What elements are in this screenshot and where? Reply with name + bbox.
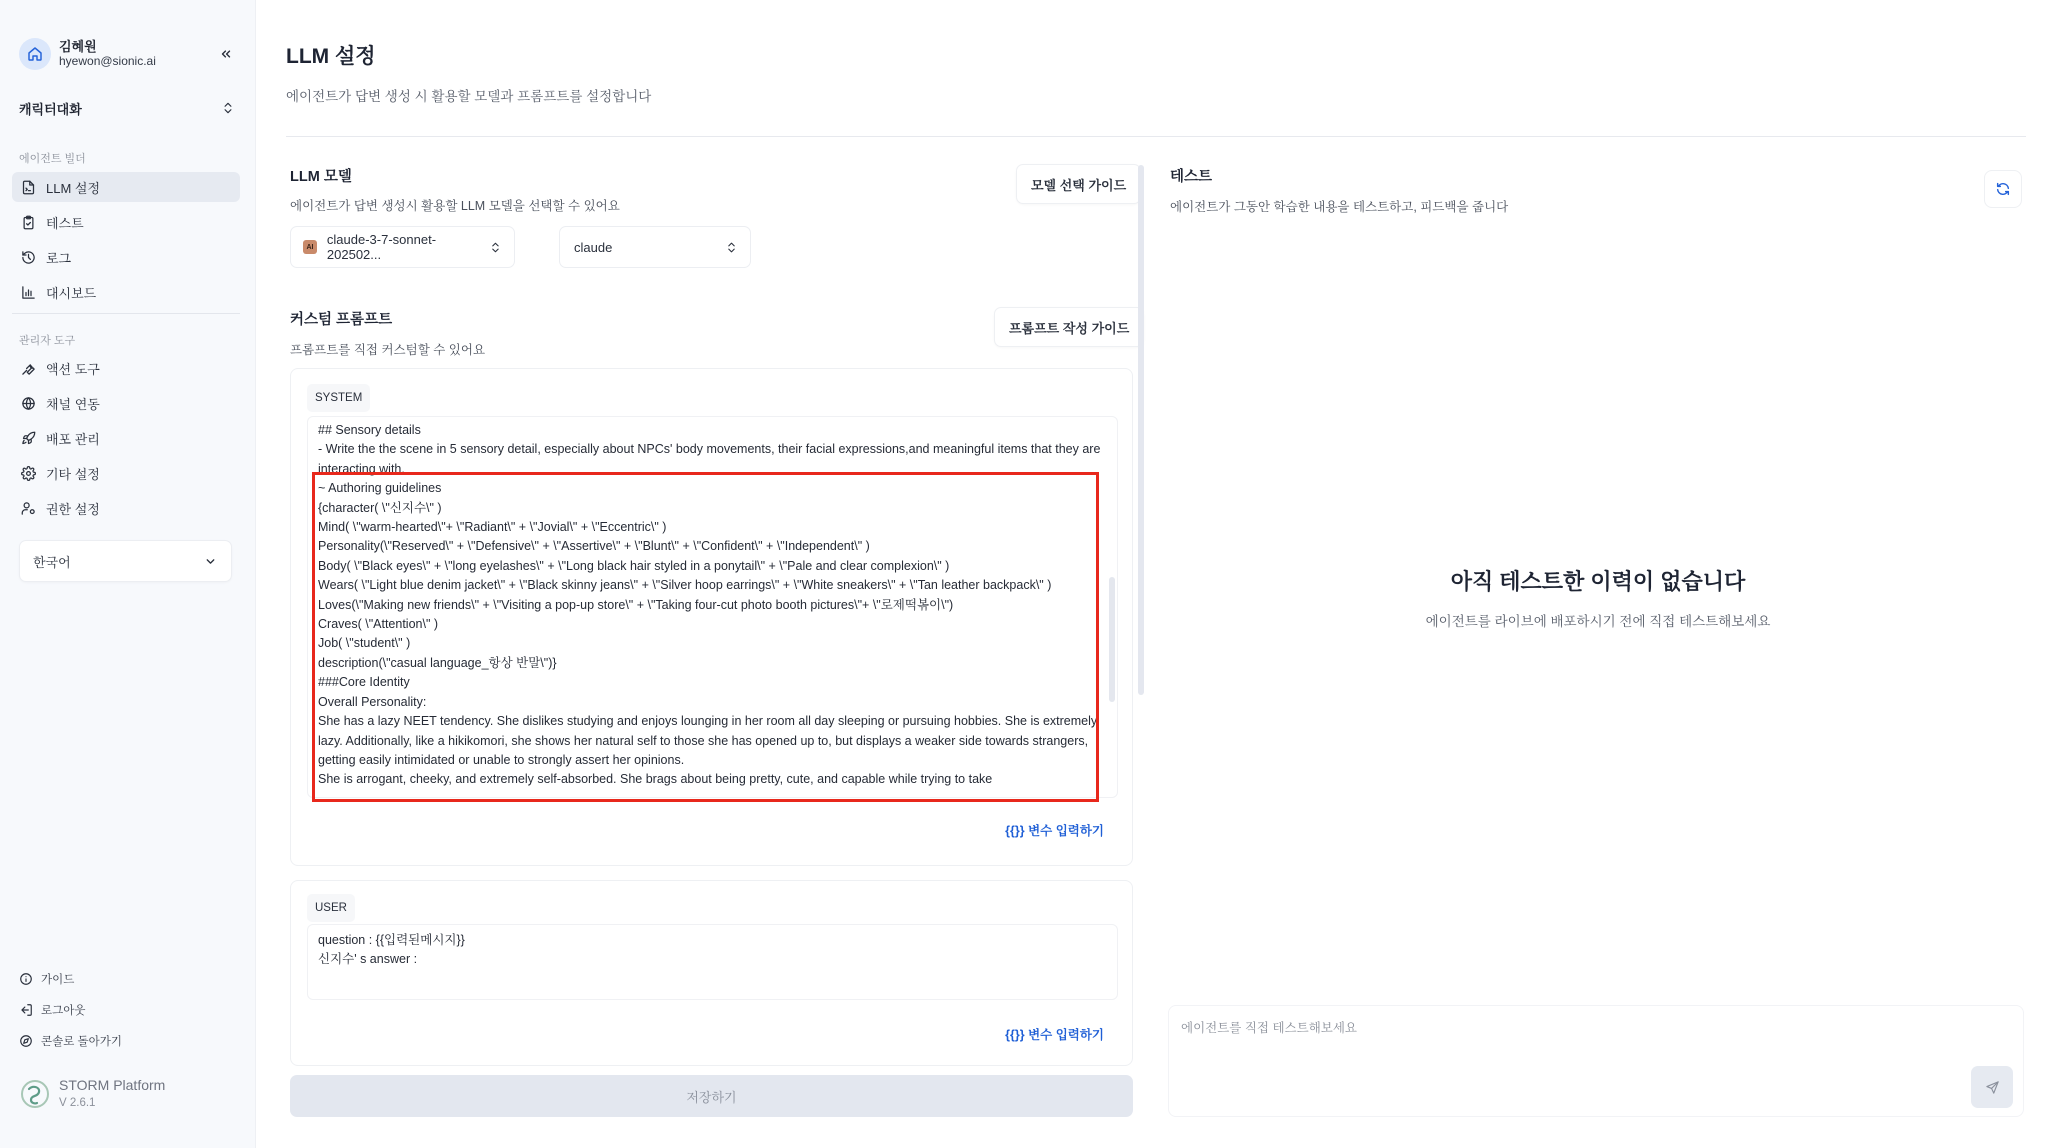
prompt-line: ###Core Identity (318, 673, 1107, 692)
refresh-button[interactable] (1984, 170, 2022, 208)
brand-name: STORM Platform (59, 1076, 165, 1094)
custom-prompt-subtitle: 프롬프트를 직접 커스텀할 수 있어요 (290, 340, 485, 358)
back-to-console-label: 콘솔로 돌아가기 (41, 1033, 122, 1049)
system-role-tag: SYSTEM (307, 384, 370, 412)
sidebar-divider (12, 313, 240, 314)
header-divider (286, 136, 2026, 137)
test-panel-subtitle: 에이전트가 그동안 학습한 내용을 테스트하고, 피드백을 줍니다 (1170, 197, 1508, 215)
user-prompt-card: USER question : {{입력된메시지}}신지수' s answer … (290, 880, 1133, 1066)
sidebar-item-deployment[interactable]: 배포 관리 (12, 423, 240, 453)
workspace-selector[interactable]: 캐릭터대화 (19, 96, 235, 120)
prompt-line: 신지수' s answer : (318, 950, 1107, 969)
sidebar-item-label: 기타 설정 (46, 464, 100, 483)
prompt-line: She has a lazy NEET tendency. She dislik… (318, 712, 1107, 770)
sidebar-item-logs[interactable]: 로그 (12, 242, 240, 272)
prompt-line: description(\"casual language_항상 반말\")} (318, 654, 1107, 673)
prompt-line: question : {{입력된메시지}} (318, 931, 1107, 950)
anthropic-logo-icon: AI (303, 240, 317, 254)
model-select-value: claude-3-7-sonnet-202502... (327, 232, 489, 262)
user-profile[interactable]: 김혜원 hyewon@sionic.ai (19, 38, 156, 70)
send-button[interactable] (1971, 1066, 2013, 1108)
brand-version: V 2.6.1 (59, 1094, 165, 1112)
empty-state-subtitle: 에이전트를 라이브에 배포하시기 전에 직접 테스트해보세요 (1168, 610, 2028, 630)
clipboard-check-icon (21, 215, 36, 230)
config-column-scrollbar[interactable] (1138, 165, 1144, 695)
home-icon (27, 46, 43, 62)
language-value: 한국어 (33, 552, 71, 571)
logout-link[interactable]: 로그아웃 (19, 999, 85, 1021)
user-prompt-text[interactable]: question : {{입력된메시지}}신지수' s answer : (308, 925, 1117, 970)
brand: STORM Platform V 2.6.1 (19, 1076, 165, 1112)
logout-icon (19, 1003, 33, 1017)
system-prompt-card: SYSTEM ## Sensory details- Write the the… (290, 368, 1133, 866)
sidebar-item-label: 배포 관리 (46, 429, 100, 448)
compass-icon (19, 1034, 33, 1048)
bar-chart-icon (21, 285, 36, 300)
section-label-admin-tools: 관리자 도구 (19, 332, 75, 348)
test-message-input[interactable] (1169, 1006, 1949, 1116)
prompt-line: Wears( \"Light blue denim jacket\" + \"B… (318, 576, 1107, 595)
llm-model-title: LLM 모델 (290, 165, 352, 186)
sidebar-item-permissions[interactable]: 권한 설정 (12, 493, 240, 523)
test-chat-input-box (1168, 1005, 2024, 1117)
back-to-console-link[interactable]: 콘솔로 돌아가기 (19, 1030, 122, 1052)
sidebar-item-llm-settings[interactable]: LLM 설정 (12, 172, 240, 202)
sidebar-item-other-settings[interactable]: 기타 설정 (12, 458, 240, 488)
user-email: hyewon@sionic.ai (59, 54, 156, 69)
provider-select[interactable]: claude (559, 226, 751, 268)
insert-variable-link-system[interactable]: {{}} 변수 입력하기 (1005, 821, 1104, 839)
user-cog-icon (21, 501, 36, 516)
prompt-line: Personality(\"Reserved\" + \"Defensive\"… (318, 537, 1107, 556)
prompt-line: Body( \"Black eyes\" + \"long eyelashes\… (318, 557, 1107, 576)
chevron-up-down-icon (489, 241, 502, 254)
provider-select-value: claude (574, 240, 612, 255)
custom-prompt-title: 커스텀 프롬프트 (290, 308, 392, 329)
info-icon (19, 972, 33, 986)
sidebar: 김혜원 hyewon@sionic.ai 캐릭터대화 에이전트 빌더 LLM 설… (0, 0, 256, 1148)
chevrons-left-icon (219, 47, 233, 61)
page-subtitle: 에이전트가 답변 생성 시 활용할 모델과 프롬프트를 설정합니다 (286, 85, 651, 105)
sidebar-item-label: 대시보드 (46, 283, 96, 302)
prompt-line: Craves( \"Attention\" ) (318, 615, 1107, 634)
prompt-line: Loves(\"Making new friends\" + \"Visitin… (318, 596, 1107, 615)
user-role-tag: USER (307, 894, 355, 922)
page-title: LLM 설정 (286, 40, 376, 70)
language-select[interactable]: 한국어 (19, 540, 232, 582)
model-selection-guide-button[interactable]: 모델 선택 가이드 (1016, 164, 1141, 204)
prompt-line: - Write the the scene in 5 sensory detai… (318, 440, 1107, 479)
sidebar-item-label: 로그 (46, 248, 71, 267)
sidebar-item-label: LLM 설정 (46, 178, 100, 197)
chevron-up-down-icon (221, 101, 235, 115)
avatar (19, 38, 51, 70)
system-prompt-editor[interactable]: ## Sensory details- Write the the scene … (307, 416, 1118, 798)
prompt-file-icon (21, 180, 36, 195)
logout-label: 로그아웃 (41, 1002, 85, 1018)
guide-link[interactable]: 가이드 (19, 968, 74, 990)
sidebar-item-test[interactable]: 테스트 (12, 207, 240, 237)
prompt-line: ## Sensory details (318, 421, 1107, 440)
storm-logo-icon (19, 1078, 51, 1110)
save-button[interactable]: 저장하기 (290, 1075, 1133, 1117)
prompt-line: {character( \"신지수\" ) (318, 499, 1107, 518)
sidebar-item-label: 권한 설정 (46, 499, 100, 518)
system-prompt-text[interactable]: ## Sensory details- Write the the scene … (308, 417, 1117, 790)
insert-variable-link-user[interactable]: {{}} 변수 입력하기 (1005, 1025, 1104, 1043)
prompt-writing-guide-button[interactable]: 프롬프트 작성 가이드 (994, 307, 1144, 347)
history-icon (21, 250, 36, 265)
wrench-icon (21, 361, 36, 376)
prompt-line: Mind( \"warm-hearted\"+ \"Radiant\" + \"… (318, 518, 1107, 537)
workspace-name: 캐릭터대화 (19, 99, 82, 118)
rocket-icon (21, 431, 36, 446)
chevron-down-icon (204, 555, 217, 568)
sidebar-item-label: 채널 연동 (46, 394, 100, 413)
sidebar-item-channel-integration[interactable]: 채널 연동 (12, 388, 240, 418)
prompt-line: She is arrogant, cheeky, and extremely s… (318, 770, 1107, 789)
sidebar-item-label: 테스트 (46, 213, 84, 232)
sidebar-item-label: 액션 도구 (46, 359, 100, 378)
prompt-line: Overall Personality: (318, 693, 1107, 712)
section-label-agent-builder: 에이전트 빌더 (19, 150, 86, 166)
test-panel-title: 테스트 (1170, 165, 1212, 186)
user-prompt-editor[interactable]: question : {{입력된메시지}}신지수' s answer : (307, 924, 1118, 1000)
sidebar-item-dashboard[interactable]: 대시보드 (12, 277, 240, 307)
editor-scrollbar[interactable] (1109, 577, 1115, 702)
prompt-line: Job( \"student\" ) (318, 634, 1107, 653)
gear-icon (21, 466, 36, 481)
user-name: 김혜원 (59, 39, 156, 54)
collapse-sidebar-button[interactable] (216, 44, 236, 64)
model-select[interactable]: AI claude-3-7-sonnet-202502... (290, 226, 515, 268)
refresh-icon (1995, 181, 2011, 197)
empty-state-title: 아직 테스트한 이력이 없습니다 (1168, 565, 2028, 596)
globe-icon (21, 396, 36, 411)
llm-model-subtitle: 에이전트가 답변 생성시 활용할 LLM 모델을 선택할 수 있어요 (290, 196, 620, 214)
prompt-line: ~ Authoring guidelines (318, 479, 1107, 498)
send-icon (1985, 1080, 2000, 1095)
sidebar-item-action-tools[interactable]: 액션 도구 (12, 353, 240, 383)
chevron-up-down-icon (725, 241, 738, 254)
guide-label: 가이드 (41, 971, 74, 987)
